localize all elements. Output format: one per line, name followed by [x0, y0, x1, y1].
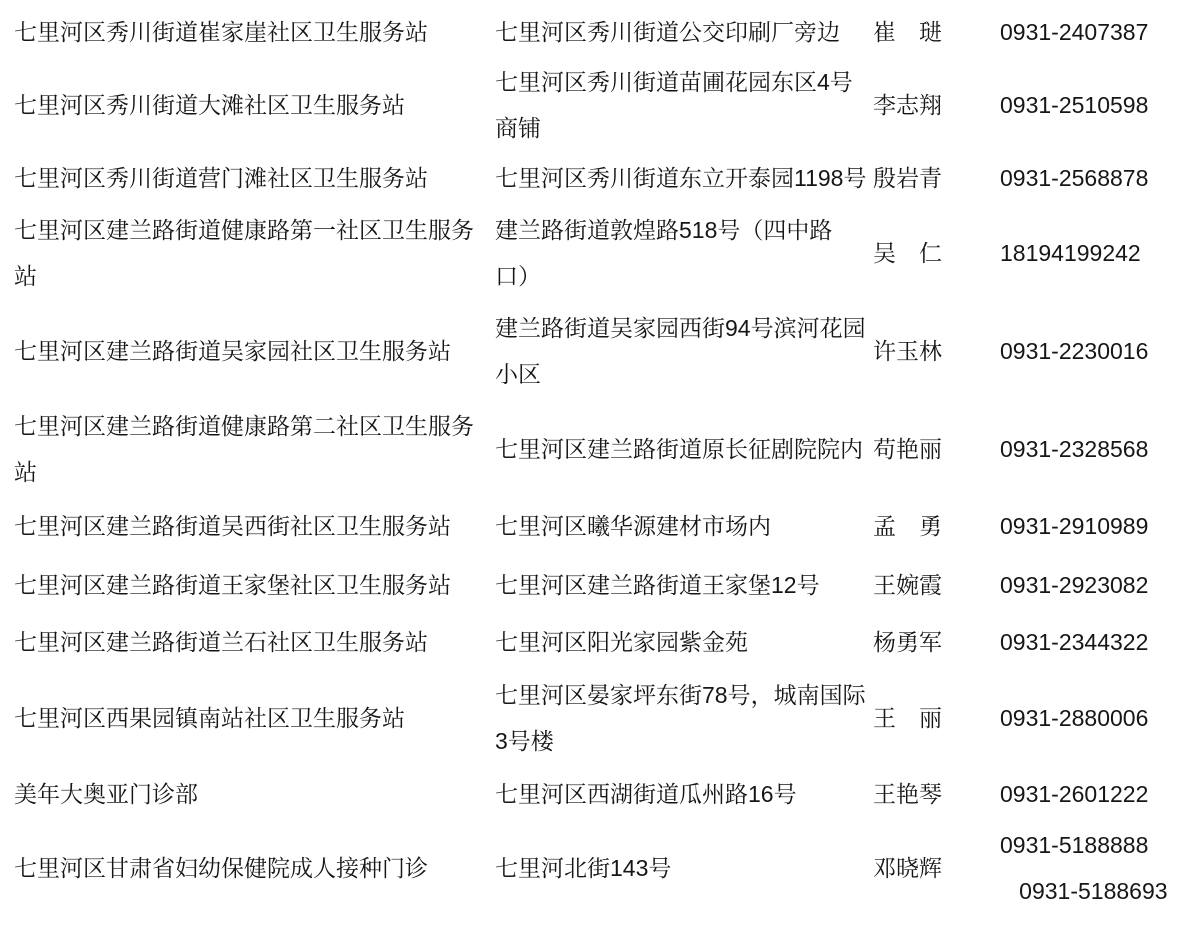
- clinic-row: 七里河区建兰路街道王家堡社区卫生服务站 七里河区建兰路街道王家堡12号 王婉霞 …: [14, 555, 1200, 614]
- station-contact: 李志翔: [873, 58, 1000, 152]
- station-contact: 孟 勇: [873, 497, 1000, 555]
- station-name: 七里河区甘肃省妇幼保健院成人接种门诊: [14, 822, 495, 914]
- station-name: 七里河区建兰路街道吴家园社区卫生服务站: [14, 302, 495, 400]
- station-contact: 殷岩青: [873, 152, 1000, 203]
- station-phone: 0931-2923082: [1000, 555, 1200, 614]
- clinic-directory-table: 七里河区秀川街道崔家崖社区卫生服务站 七里河区秀川街道公交印刷厂旁边 崔 琎 0…: [14, 6, 1200, 914]
- clinic-row: 七里河区西果园镇南站社区卫生服务站 七里河区晏家坪东街78号，城南国际 3号楼 …: [14, 670, 1200, 766]
- station-phone: 0931-2230016: [1000, 302, 1200, 400]
- station-address: 七里河北街143号: [495, 822, 873, 914]
- station-address: 七里河区建兰路街道王家堡12号: [495, 555, 873, 614]
- station-name: 七里河区建兰路街道王家堡社区卫生服务站: [14, 555, 495, 614]
- station-address: 七里河区秀川街道公交印刷厂旁边: [495, 6, 873, 58]
- station-contact: 杨勇军: [873, 614, 1000, 670]
- station-name: 七里河区秀川街道崔家崖社区卫生服务站: [14, 6, 495, 58]
- station-phone: 18194199242: [1000, 203, 1200, 302]
- station-name: 七里河区建兰路街道健康路第二社区卫生服务 站: [14, 400, 495, 497]
- clinic-row: 七里河区建兰路街道健康路第一社区卫生服务 站 建兰路街道敦煌路518号（四中路 …: [14, 203, 1200, 302]
- station-address: 七里河区曦华源建材市场内: [495, 497, 873, 555]
- station-contact: 苟艳丽: [873, 400, 1000, 497]
- station-contact: 王 丽: [873, 670, 1000, 766]
- station-phone: 0931-2568878: [1000, 152, 1200, 203]
- station-name: 七里河区建兰路街道兰石社区卫生服务站: [14, 614, 495, 670]
- clinic-row: 七里河区秀川街道大滩社区卫生服务站 七里河区秀川街道苗圃花园东区4号 商铺 李志…: [14, 58, 1200, 152]
- station-address: 七里河区建兰路街道原长征剧院院内: [495, 400, 873, 497]
- station-name: 七里河区建兰路街道健康路第一社区卫生服务 站: [14, 203, 495, 302]
- station-contact: 许玉林: [873, 302, 1000, 400]
- station-phone: 0931-2880006: [1000, 670, 1200, 766]
- station-phone: 0931-2601222: [1000, 766, 1200, 822]
- station-phone: 0931-2510598: [1000, 58, 1200, 152]
- station-name: 七里河区秀川街道营门滩社区卫生服务站: [14, 152, 495, 203]
- station-address: 七里河区西湖街道瓜州路16号: [495, 766, 873, 822]
- clinic-row: 七里河区建兰路街道吴西街社区卫生服务站 七里河区曦华源建材市场内 孟 勇 093…: [14, 497, 1200, 555]
- station-contact: 王婉霞: [873, 555, 1000, 614]
- clinic-row: 七里河区建兰路街道吴家园社区卫生服务站 建兰路街道吴家园西街94号滨河花园 小区…: [14, 302, 1200, 400]
- station-contact: 王艳琴: [873, 766, 1000, 822]
- station-phone: 0931-2910989: [1000, 497, 1200, 555]
- clinic-row: 七里河区建兰路街道兰石社区卫生服务站 七里河区阳光家园紫金苑 杨勇军 0931-…: [14, 614, 1200, 670]
- station-contact: 邓晓辉: [873, 822, 1000, 914]
- station-phone: 0931-2344322: [1000, 614, 1200, 670]
- station-phone: 0931-5188888 0931-5188693: [1000, 822, 1200, 914]
- station-contact: 崔 琎: [873, 6, 1000, 58]
- station-address: 建兰路街道敦煌路518号（四中路 口）: [495, 203, 873, 302]
- clinic-row: 七里河区秀川街道崔家崖社区卫生服务站 七里河区秀川街道公交印刷厂旁边 崔 琎 0…: [14, 6, 1200, 58]
- clinic-row: 美年大奥亚门诊部 七里河区西湖街道瓜州路16号 王艳琴 0931-2601222: [14, 766, 1200, 822]
- station-name: 七里河区秀川街道大滩社区卫生服务站: [14, 58, 495, 152]
- station-address: 七里河区秀川街道苗圃花园东区4号 商铺: [495, 58, 873, 152]
- station-address: 七里河区晏家坪东街78号，城南国际 3号楼: [495, 670, 873, 766]
- station-address: 建兰路街道吴家园西街94号滨河花园 小区: [495, 302, 873, 400]
- station-phone: 0931-2407387: [1000, 6, 1200, 58]
- station-name: 美年大奥亚门诊部: [14, 766, 495, 822]
- clinic-row: 七里河区秀川街道营门滩社区卫生服务站 七里河区秀川街道东立开泰园1198号 殷岩…: [14, 152, 1200, 203]
- station-name: 七里河区西果园镇南站社区卫生服务站: [14, 670, 495, 766]
- clinic-row: 七里河区建兰路街道健康路第二社区卫生服务 站 七里河区建兰路街道原长征剧院院内 …: [14, 400, 1200, 497]
- station-name: 七里河区建兰路街道吴西街社区卫生服务站: [14, 497, 495, 555]
- clinic-row: 七里河区甘肃省妇幼保健院成人接种门诊 七里河北街143号 邓晓辉 0931-51…: [14, 822, 1200, 914]
- station-contact: 吴 仁: [873, 203, 1000, 302]
- station-address: 七里河区阳光家园紫金苑: [495, 614, 873, 670]
- station-address: 七里河区秀川街道东立开泰园1198号: [495, 152, 873, 203]
- station-phone: 0931-2328568: [1000, 400, 1200, 497]
